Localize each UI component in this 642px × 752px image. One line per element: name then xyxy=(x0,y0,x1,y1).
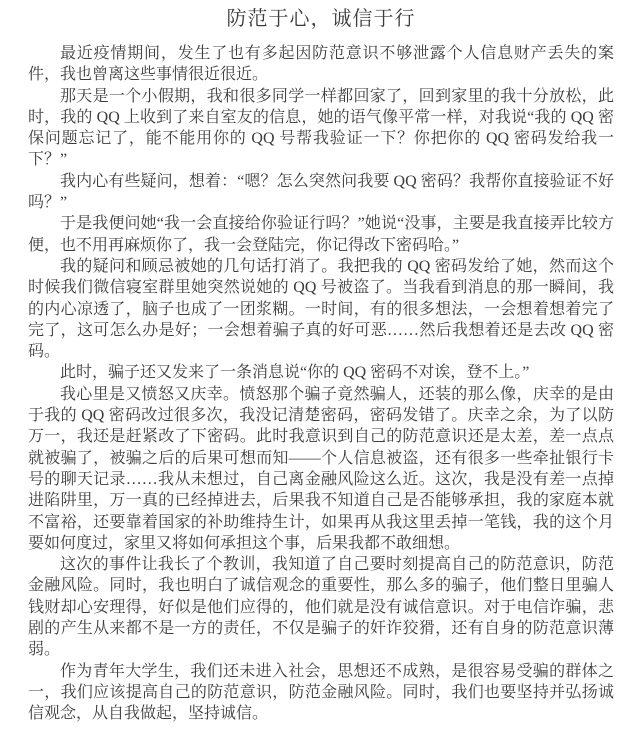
document-body: 最近疫情期间，发生了也有多起因防范意识不够泄露个人信息财产丢失的案件，我也曾离这… xyxy=(28,43,614,725)
paragraph: 于是我便问她“我一会直接给你验证行吗？”她说“没事，主要是我直接弄比较方便，也不… xyxy=(28,213,614,256)
paragraph: 最近疫情期间，发生了也有多起因防范意识不够泄露个人信息财产丢失的案件，我也曾离这… xyxy=(28,43,614,86)
document-page: 防范于心，诚信于行 最近疫情期间，发生了也有多起因防范意识不够泄露个人信息财产丢… xyxy=(0,0,642,752)
paragraph: 我心里是又愤怒又庆幸。愤怒那个骗子竟然骗人，还装的那么像，庆幸的是由于我的 QQ… xyxy=(28,384,614,554)
paragraph: 我的疑问和顾忌被她的几句话打消了。我把我的 QQ 密码发给了她，然而这个时候我们… xyxy=(28,256,614,362)
document-title: 防范于心，诚信于行 xyxy=(28,6,614,32)
paragraph: 我内心有些疑问，想着：“嗯？怎么突然问我要 QQ 密码？我帮你直接验证不好吗？” xyxy=(28,171,614,214)
paragraph: 这次的事件让我长了个教训，我知道了自己要时刻提高自己的防范意识，防范金融风险。同… xyxy=(28,554,614,660)
paragraph: 作为青年大学生，我们还未进入社会，思想还不成熟，是很容易受骗的群体之一，我们应该… xyxy=(28,661,614,725)
paragraph: 此时，骗子还又发来了一条消息说“你的 QQ 密码不对诶，登不上。” xyxy=(28,362,614,383)
paragraph: 那天是一个小假期，我和很多同学一样都回家了，回到家里的我十分放松，此时，我的 Q… xyxy=(28,86,614,171)
